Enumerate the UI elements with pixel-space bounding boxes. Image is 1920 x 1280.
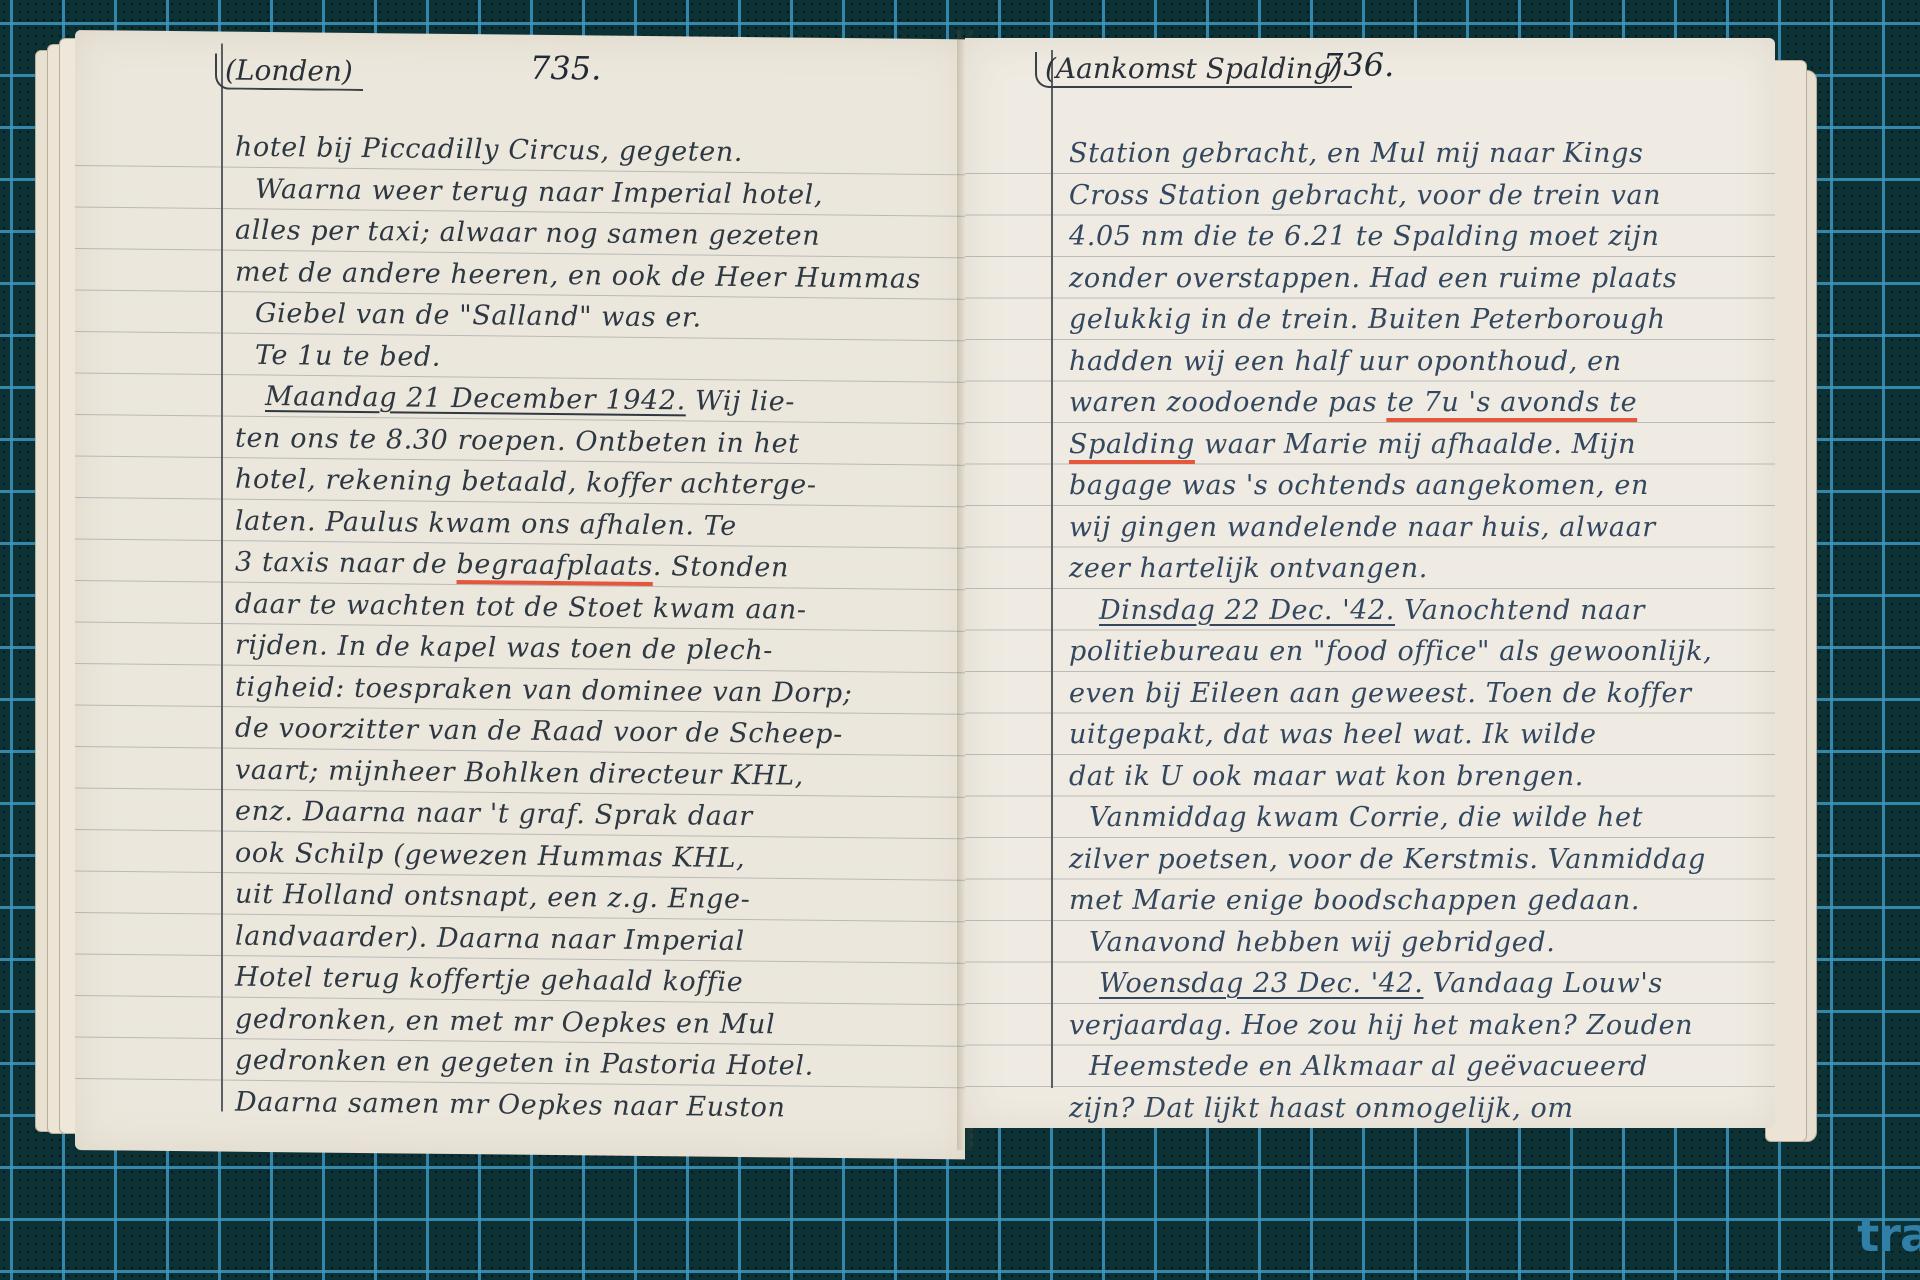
- handwritten-line: hadden wij een half uur oponthoud, en: [965, 343, 1775, 385]
- page-number: 736.: [1323, 46, 1394, 84]
- handwritten-line: Cross Station gebracht, voor de trein va…: [965, 177, 1775, 219]
- diary-date-heading: Maandag 21 December 1942.: [265, 381, 686, 416]
- right-page: (Aankomst Spalding) 736. Station gebrach…: [965, 38, 1775, 1128]
- handwritten-line: wij gingen wandelende naar huis, alwaar: [965, 509, 1775, 551]
- handwritten-line: Heemstede en Alkmaar al geëvacueerd: [965, 1048, 1775, 1090]
- handwritten-line: zilver poetsen, voor de Kerstmis. Vanmid…: [965, 841, 1775, 883]
- handwritten-line: Daarna samen mr Oepkes naar Euston: [75, 1082, 965, 1133]
- open-notebook: (Londen) 735. hotel bij Piccadilly Circu…: [35, 30, 1835, 1150]
- handwritten-line: bagage was 's ochtends aangekomen, en: [965, 467, 1775, 509]
- handwritten-line: verjaardag. Hoe zou hij het maken? Zoude…: [965, 1007, 1775, 1049]
- handwritten-line: uitgepakt, dat was heel wat. Ik wilde: [965, 716, 1775, 758]
- handwritten-line: Dinsdag 22 Dec. '42. Vanochtend naar: [965, 592, 1775, 634]
- page-header-tag: (Aankomst Spalding): [1035, 52, 1352, 88]
- left-page: (Londen) 735. hotel bij Piccadilly Circu…: [75, 30, 965, 1159]
- handwritten-line: Woensdag 23 Dec. '42. Vandaag Louw's: [965, 965, 1775, 1007]
- line-text: Vandaag Louw's: [1423, 968, 1662, 999]
- handwritten-text-block: hotel bij Piccadilly Circus, gegeten.Waa…: [75, 127, 965, 1132]
- handwritten-line: politiebureau en "food office" als gewoo…: [965, 633, 1775, 675]
- handwritten-line: dat ik U ook maar wat kon brengen.: [965, 758, 1775, 800]
- red-pencil-underline: Spalding: [1069, 429, 1195, 460]
- handwritten-line: Station gebracht, en Mul mij naar Kings: [965, 135, 1775, 177]
- red-pencil-underline: te 7u 's avonds te: [1386, 387, 1637, 418]
- handwritten-line: zijn? Dat lijkt haast onmogelijk, om: [965, 1090, 1775, 1132]
- line-text: . Stonden: [653, 551, 789, 583]
- handwritten-line: zeer hartelijk ontvangen.: [965, 550, 1775, 592]
- handwritten-line: zonder overstappen. Had een ruime plaats: [965, 260, 1775, 302]
- line-text: Vanochtend naar: [1395, 595, 1645, 626]
- cutting-mat-logo: tra: [1857, 1208, 1920, 1262]
- handwritten-line: even bij Eileen aan geweest. Toen de kof…: [965, 675, 1775, 717]
- diary-date-heading: Dinsdag 22 Dec. '42.: [1099, 595, 1395, 626]
- handwritten-line: waren zoodoende pas te 7u 's avonds te: [965, 384, 1775, 426]
- handwritten-line: 4.05 nm die te 6.21 te Spalding moet zij…: [965, 218, 1775, 260]
- line-text: waren zoodoende pas: [1069, 387, 1386, 418]
- page-number: 735.: [530, 49, 601, 88]
- handwritten-text-block: Station gebracht, en Mul mij naar KingsC…: [965, 135, 1775, 1131]
- handwritten-line: Vanmiddag kwam Corrie, die wilde het: [965, 799, 1775, 841]
- page-header-tag: (Londen): [215, 53, 363, 91]
- handwritten-line: met Marie enige boodschappen gedaan.: [965, 882, 1775, 924]
- line-text: waar Marie mij afhaalde. Mijn: [1195, 429, 1636, 460]
- handwritten-line: Spalding waar Marie mij afhaalde. Mijn: [965, 426, 1775, 468]
- line-text: Wij lie-: [686, 385, 795, 417]
- line-text: 3 taxis naar de: [235, 547, 457, 580]
- red-pencil-underline: begraafplaats: [457, 549, 653, 582]
- diary-date-heading: Woensdag 23 Dec. '42.: [1099, 968, 1423, 999]
- handwritten-line: Vanavond hebben wij gebridged.: [965, 924, 1775, 966]
- handwritten-line: gelukkig in de trein. Buiten Peterboroug…: [965, 301, 1775, 343]
